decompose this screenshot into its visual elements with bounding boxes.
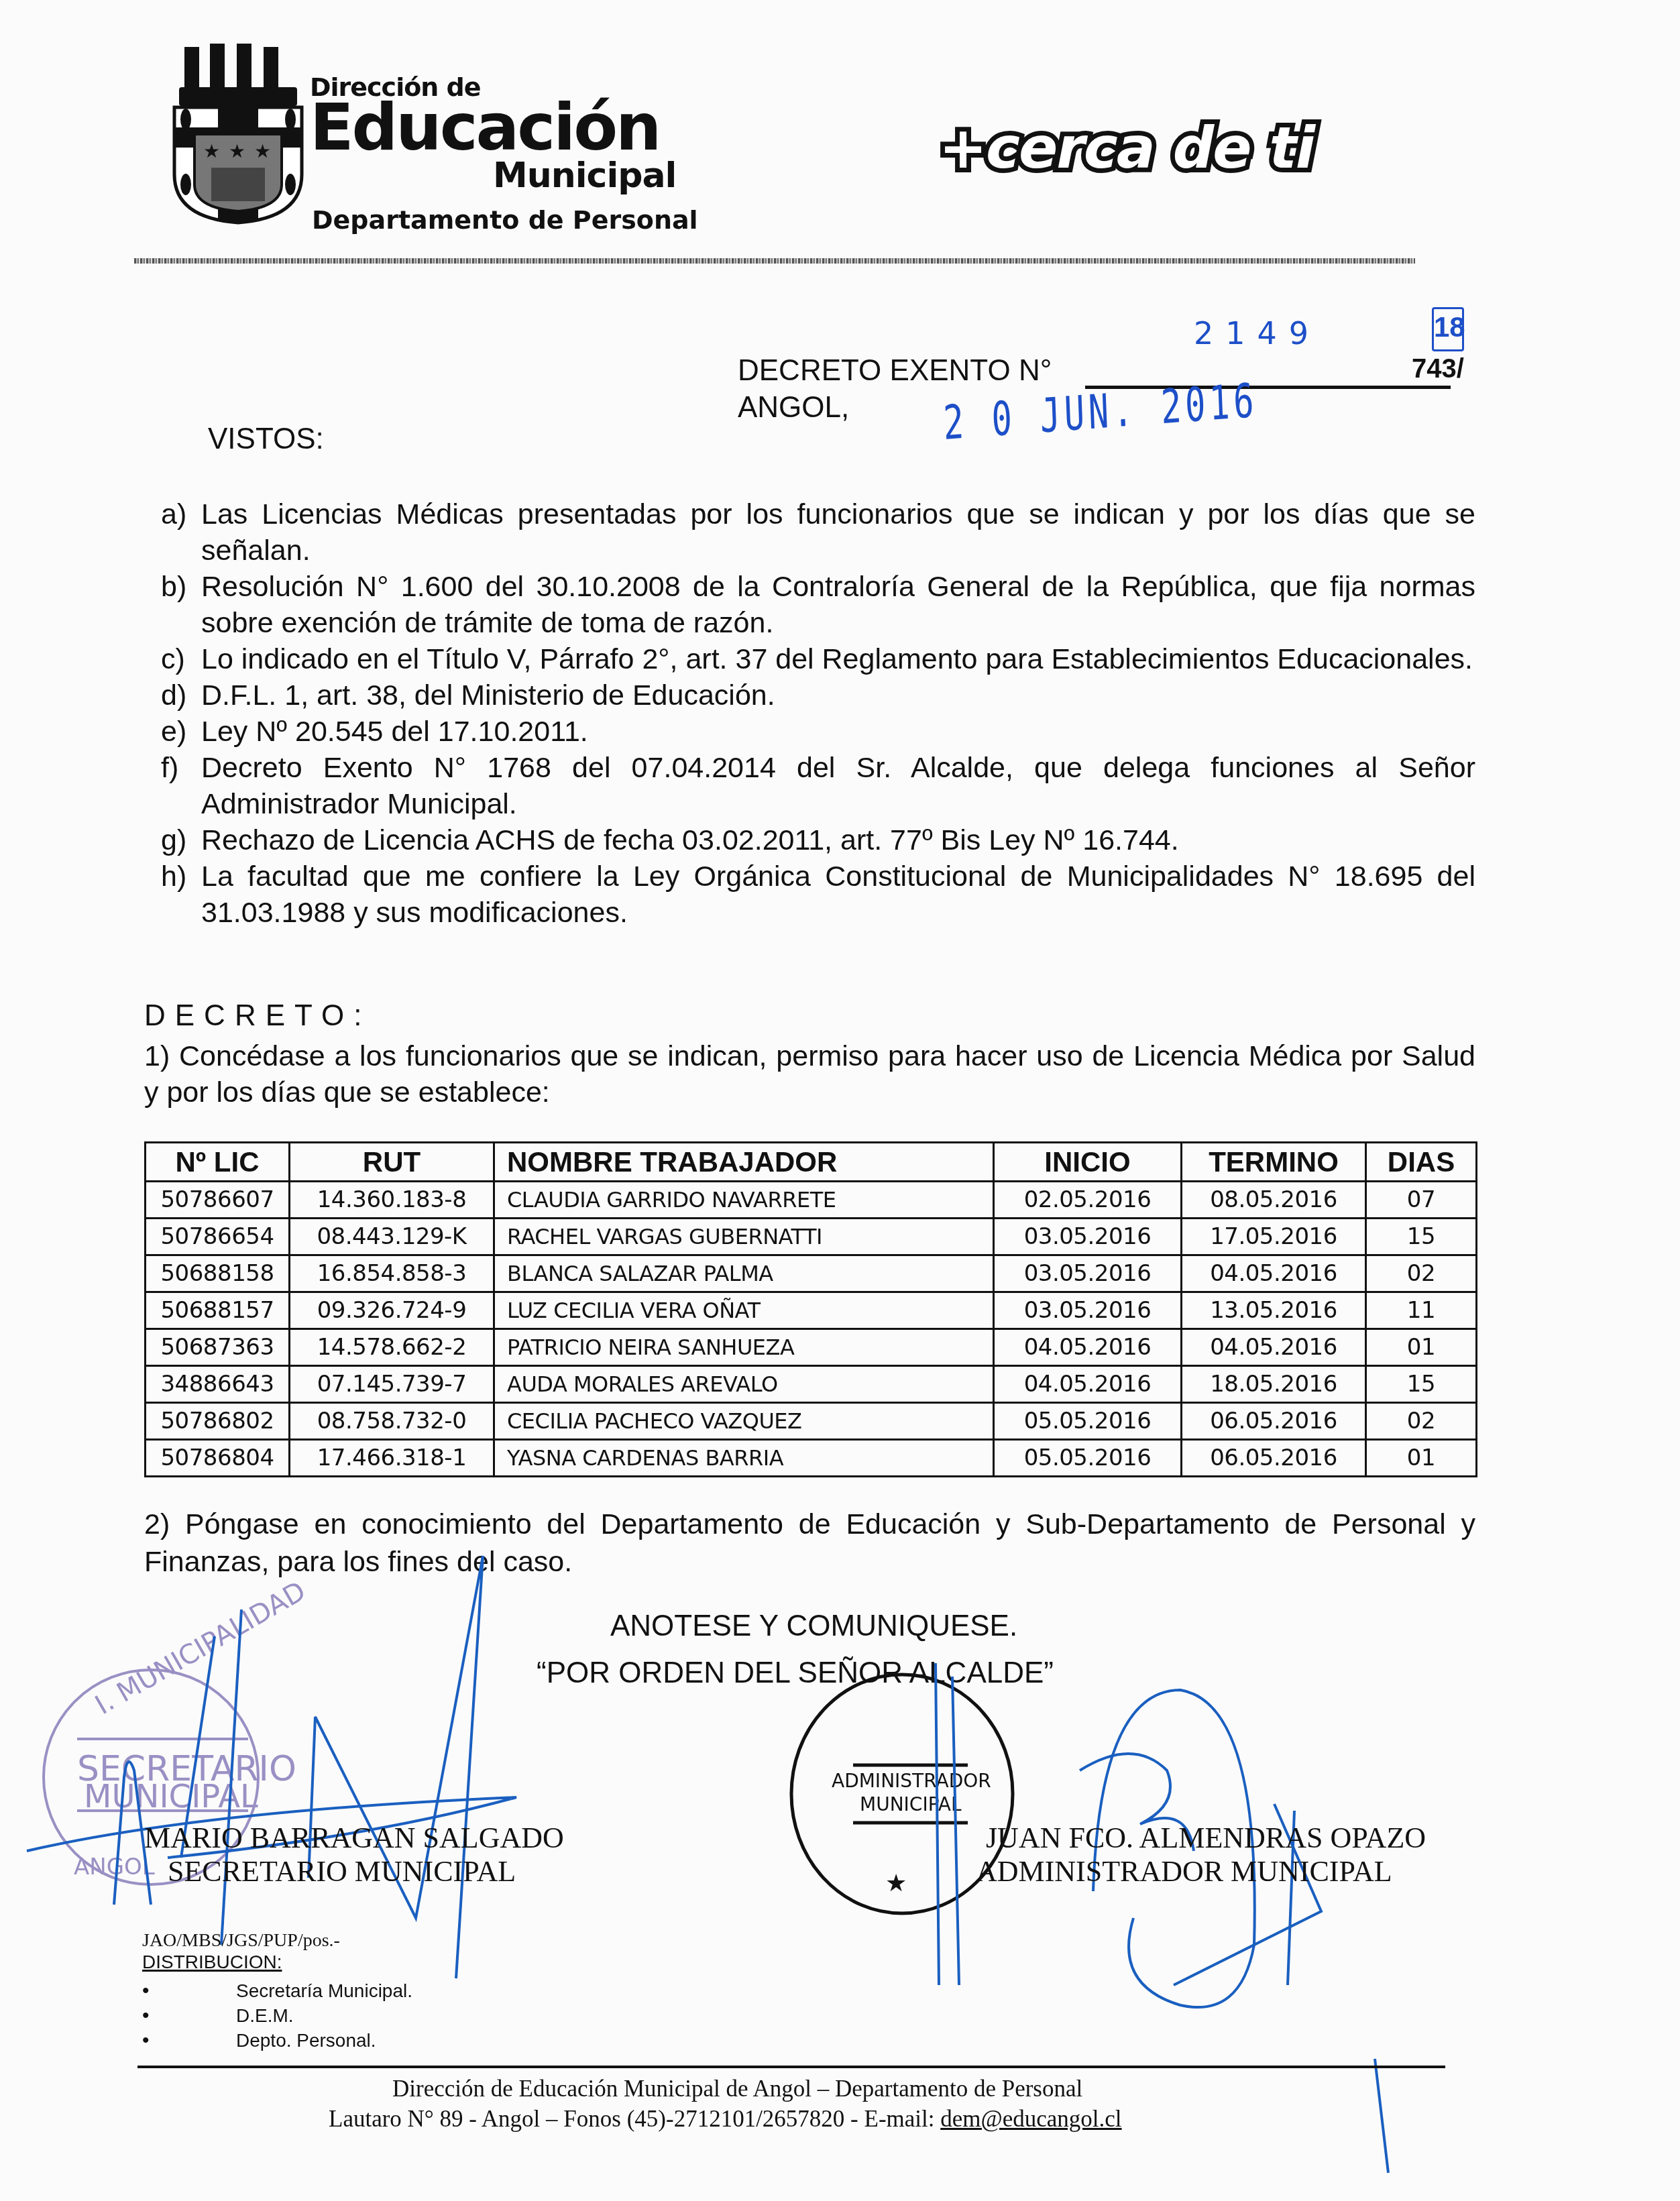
table-row: 5068815816.854.858-3BLANCA SALAZAR PALMA… (146, 1255, 1477, 1292)
place-label: ANGOL, (738, 391, 849, 425)
svg-text:MUNICIPAL: MUNICIPAL (860, 1793, 962, 1815)
table-cell: 01 (1366, 1329, 1477, 1366)
article-1: 1) Concédase a los funcionarios que se i… (144, 1038, 1475, 1111)
licenses-table: Nº LICRUTNOMBRE TRABAJADORINICIOTERMINOD… (144, 1141, 1477, 1477)
closing-orden: “POR ORDEN DEL SEÑOR ALCALDE” (537, 1656, 1054, 1690)
table-cell: 50687363 (146, 1329, 290, 1366)
table-row: 5078660714.360.183-8CLAUDIA GARRIDO NAVA… (146, 1182, 1477, 1219)
table-cell: 50688158 (146, 1255, 290, 1292)
svg-text:★: ★ (229, 141, 245, 162)
table-cell: 04.05.2016 (994, 1329, 1182, 1366)
table-cell: 05.05.2016 (994, 1403, 1182, 1440)
table-header-row: Nº LICRUTNOMBRE TRABAJADORINICIOTERMINOD… (146, 1143, 1477, 1182)
signatory-1-name: MARIO BARRAGAN SALGADO (144, 1821, 564, 1855)
table-cell: 17.466.318-1 (290, 1440, 494, 1477)
table-row: 5078680208.758.732-0CECILIA PACHECO VAZQ… (146, 1403, 1477, 1440)
signatory-1-title: SECRETARIO MUNICIPAL (168, 1854, 516, 1888)
column-header: NOMBRE TRABAJADOR (494, 1143, 994, 1182)
column-header: RUT (290, 1143, 494, 1182)
table-cell: 04.05.2016 (1182, 1329, 1366, 1366)
table-cell: 50688157 (146, 1292, 290, 1329)
article-2: 2) Póngase en conocimiento del Departame… (144, 1506, 1475, 1581)
svg-text:★: ★ (885, 1870, 907, 1897)
table-cell: 50786654 (146, 1219, 290, 1255)
table-row: 3488664307.145.739-7AUDA MORALES AREVALO… (146, 1366, 1477, 1403)
table-cell: 14.578.662-2 (290, 1329, 494, 1366)
table-row: 5078665408.443.129-KRACHEL VARGAS GUBERN… (146, 1219, 1477, 1255)
svg-text:★: ★ (203, 141, 220, 162)
table-cell: 18.05.2016 (1182, 1366, 1366, 1403)
table-cell: 08.443.129-K (290, 1219, 494, 1255)
table-cell: 07.145.739-7 (290, 1366, 494, 1403)
vistos-item: h)La facultad que me confiere la Ley Org… (161, 858, 1475, 931)
distribution-item: D.E.M. (142, 2003, 412, 2028)
signatory-2-name: JUAN FCO. ALMENDRAS OPAZO (986, 1821, 1426, 1855)
table-cell: LUZ CECILIA VERA OÑAT (494, 1292, 994, 1329)
table-cell: 04.05.2016 (994, 1366, 1182, 1403)
table-cell: BLANCA SALAZAR PALMA (494, 1255, 994, 1292)
footer-address: Lautaro N° 89 - Angol – Fonos (45)-27121… (329, 2106, 940, 2132)
column-header: DIAS (1366, 1143, 1477, 1182)
svg-text:ANGOL: ANGOL (74, 1854, 155, 1880)
vistos-item: g)Rechazo de Licencia ACHS de fecha 03.0… (161, 822, 1475, 858)
vistos-item: c)Lo indicado en el Título V, Párrafo 2°… (161, 641, 1475, 677)
vistos-item: b)Resolución N° 1.600 del 30.10.2008 de … (161, 569, 1475, 641)
svg-text:SECRETARIO: SECRETARIO (77, 1749, 296, 1789)
table-cell: 04.05.2016 (1182, 1255, 1366, 1292)
table-cell: CLAUDIA GARRIDO NAVARRETE (494, 1182, 994, 1219)
department-name: Departamento de Personal (312, 205, 698, 235)
footer-divider (137, 2066, 1445, 2068)
table-cell: AUDA MORALES AREVALO (494, 1366, 994, 1403)
column-header: TERMINO (1182, 1143, 1366, 1182)
table-cell: 17.05.2016 (1182, 1219, 1366, 1255)
municipal-crest-icon: ★★★ (171, 40, 305, 225)
table-cell: PATRICIO NEIRA SANHUEZA (494, 1329, 994, 1366)
signatory-2-title: ADMINISTRADOR MUNICIPAL (976, 1854, 1392, 1888)
footer-contact: Lautaro N° 89 - Angol – Fonos (45)-27121… (329, 2106, 1122, 2133)
org-name-line3: Municipal (493, 156, 676, 196)
vistos-item: d)D.F.L. 1, art. 38, del Ministerio de E… (161, 677, 1475, 714)
table-cell: CECILIA PACHECO VAZQUEZ (494, 1403, 994, 1440)
table-row: 5068815709.326.724-9LUZ CECILIA VERA OÑA… (146, 1292, 1477, 1329)
distribution-item: Secretaría Municipal. (142, 1978, 412, 2003)
footer-org: Dirección de Educación Municipal de Ango… (392, 2076, 1082, 2102)
table-cell: 02 (1366, 1255, 1477, 1292)
table-cell: 03.05.2016 (994, 1292, 1182, 1329)
slogan-logo: +cerca de ti (932, 107, 1335, 188)
stamp-mark: 18 (1432, 307, 1464, 351)
table-cell: 02 (1366, 1403, 1477, 1440)
vistos-list: a)Las Licencias Médicas presentadas por … (161, 496, 1475, 931)
column-header: Nº LIC (146, 1143, 290, 1182)
table-cell: 08.758.732-0 (290, 1403, 494, 1440)
stamp-number: 2149 (1194, 315, 1321, 351)
table-cell: 03.05.2016 (994, 1219, 1182, 1255)
svg-text:ADMINISTRADOR: ADMINISTRADOR (832, 1770, 991, 1792)
table-cell: 05.05.2016 (994, 1440, 1182, 1477)
table-cell: 15 (1366, 1366, 1477, 1403)
header-divider (134, 258, 1415, 264)
org-name-line2: Educación (310, 95, 659, 160)
table-cell: 06.05.2016 (1182, 1403, 1366, 1440)
table-cell: 50786802 (146, 1403, 290, 1440)
table-cell: YASNA CARDENAS BARRIA (494, 1440, 994, 1477)
vistos-heading: VISTOS: (208, 422, 324, 456)
distribution-heading: DISTRIBUCION: (142, 1952, 282, 1973)
vistos-item: a)Las Licencias Médicas presentadas por … (161, 496, 1475, 569)
table-cell: 50786804 (146, 1440, 290, 1477)
decree-label: DECRETO EXENTO N° (738, 354, 1052, 388)
distribution-item: Depto. Personal. (142, 2028, 412, 2053)
table-cell: 15 (1366, 1219, 1477, 1255)
footer-email-link[interactable]: dem@educangol.cl (940, 2106, 1121, 2132)
table-cell: 08.05.2016 (1182, 1182, 1366, 1219)
table-cell: 07 (1366, 1182, 1477, 1219)
decreto-heading: DECRETO: (144, 999, 372, 1033)
column-header: INICIO (994, 1143, 1182, 1182)
reference-initials: JAO/MBS/JGS/PUP/pos.- (142, 1930, 340, 1952)
table-cell: 09.326.724-9 (290, 1292, 494, 1329)
svg-text:+cerca de ti: +cerca de ti (939, 115, 1317, 182)
table-cell: RACHEL VARGAS GUBERNATTI (494, 1219, 994, 1255)
table-cell: 06.05.2016 (1182, 1440, 1366, 1477)
table-cell: 02.05.2016 (994, 1182, 1182, 1219)
table-row: 5068736314.578.662-2PATRICIO NEIRA SANHU… (146, 1329, 1477, 1366)
table-cell: 16.854.858-3 (290, 1255, 494, 1292)
svg-text:MUNICIPAL: MUNICIPAL (84, 1778, 258, 1815)
table-cell: 14.360.183-8 (290, 1182, 494, 1219)
distribution-list: Secretaría Municipal. D.E.M. Depto. Pers… (142, 1978, 412, 2053)
table-cell: 11 (1366, 1292, 1477, 1329)
table-cell: 03.05.2016 (994, 1255, 1182, 1292)
decree-number: 743/ (1412, 354, 1464, 384)
svg-text:I. MUNICIPALIDAD: I. MUNICIPALIDAD (90, 1575, 311, 1721)
table-row: 5078680417.466.318-1YASNA CARDENAS BARRI… (146, 1440, 1477, 1477)
vistos-item: e)Ley Nº 20.545 del 17.10.2011. (161, 714, 1475, 750)
table-cell: 34886643 (146, 1366, 290, 1403)
table-cell: 13.05.2016 (1182, 1292, 1366, 1329)
closing-anotese: ANOTESE Y COMUNIQUESE. (610, 1610, 1017, 1643)
table-cell: 01 (1366, 1440, 1477, 1477)
table-cell: 50786607 (146, 1182, 290, 1219)
vistos-item: f)Decreto Exento N° 1768 del 07.04.2014 … (161, 750, 1475, 822)
svg-text:★: ★ (254, 141, 271, 162)
